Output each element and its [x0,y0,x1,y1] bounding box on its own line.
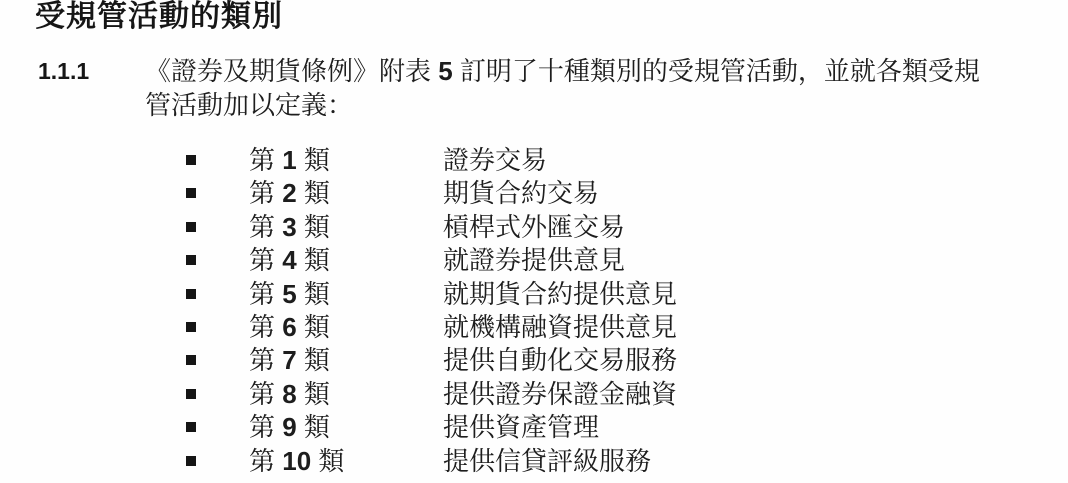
bullet-square-icon [186,389,196,399]
bullet-square-icon [186,222,196,232]
type-label: 第 6 類 [249,311,330,344]
type-number: 7 [282,345,296,375]
document-page: 受規管活動的類別 1.1.1 《證券及期貨條例》附表 5 訂明了十種類別的受規管… [0,0,1068,483]
type-prefix: 第 [249,446,282,476]
regulated-activities-list: 第 1 類 證券交易 第 2 類 期貨合約交易 第 3 類 槓桿式外匯交易 第 … [0,144,1068,478]
type-label: 第 3 類 [249,211,330,244]
list-item: 第 5 類 就期貨合約提供意見 [0,278,1068,311]
type-prefix: 第 [249,345,282,375]
bullet-square-icon [186,355,196,365]
schedule-number: 5 [438,56,452,86]
list-item: 第 4 類 就證券提供意見 [0,244,1068,277]
activity-description: 就證券提供意見 [443,244,625,277]
activity-description: 證券交易 [443,144,547,177]
type-suffix: 類 [297,412,330,442]
list-item: 第 9 類 提供資產管理 [0,411,1068,444]
type-suffix: 類 [297,245,330,275]
type-suffix: 類 [297,145,330,175]
type-suffix: 類 [297,379,330,409]
type-number: 10 [282,446,311,476]
type-prefix: 第 [249,279,282,309]
type-number: 4 [282,245,296,275]
bullet-square-icon [186,155,196,165]
type-suffix: 類 [297,312,330,342]
type-suffix: 類 [311,446,344,476]
bullet-square-icon [186,289,196,299]
bullet-square-icon [186,322,196,332]
list-item: 第 2 類 期貨合約交易 [0,177,1068,210]
type-suffix: 類 [297,345,330,375]
paragraph-line2: 管活動加以定義： [145,88,1005,122]
type-label: 第 7 類 [249,344,330,377]
type-number: 5 [282,279,296,309]
type-prefix: 第 [249,379,282,409]
type-label: 第 5 類 [249,278,330,311]
type-number: 3 [282,212,296,242]
type-suffix: 類 [297,212,330,242]
type-prefix: 第 [249,145,282,175]
activity-description: 期貨合約交易 [443,177,599,210]
activity-description: 就機構融資提供意見 [443,311,677,344]
type-prefix: 第 [249,245,282,275]
type-number: 8 [282,379,296,409]
bullet-square-icon [186,188,196,198]
type-number: 6 [282,312,296,342]
type-number: 1 [282,145,296,175]
activity-description: 提供自動化交易服務 [443,344,677,377]
type-number: 2 [282,178,296,208]
activity-description: 就期貨合約提供意見 [443,278,677,311]
list-item: 第 10 類 提供信貸評級服務 [0,445,1068,478]
list-item: 第 3 類 槓桿式外匯交易 [0,211,1068,244]
paragraph-number: 1.1.1 [38,58,89,85]
activity-description: 提供信貸評級服務 [443,445,651,478]
activity-description: 提供證券保證金融資 [443,378,677,411]
list-item: 第 6 類 就機構融資提供意見 [0,311,1068,344]
bullet-square-icon [186,456,196,466]
type-label: 第 8 類 [249,378,330,411]
section-title: 受規管活動的類別 [35,0,283,35]
type-prefix: 第 [249,312,282,342]
type-label: 第 1 類 [249,144,330,177]
paragraph-line1-pre: 《證券及期貨條例》附表 [145,56,438,86]
activity-description: 提供資產管理 [443,411,599,444]
type-label: 第 10 類 [249,445,344,478]
list-item: 第 8 類 提供證券保證金融資 [0,378,1068,411]
type-label: 第 4 類 [249,244,330,277]
activity-description: 槓桿式外匯交易 [443,211,625,244]
paragraph-line1-post: 訂明了十種類別的受規管活動，並就各類受規 [453,56,980,86]
paragraph-text: 《證券及期貨條例》附表 5 訂明了十種類別的受規管活動，並就各類受規 管活動加以… [145,54,1005,122]
list-item: 第 7 類 提供自動化交易服務 [0,344,1068,377]
type-label: 第 9 類 [249,411,330,444]
type-label: 第 2 類 [249,177,330,210]
bullet-square-icon [186,422,196,432]
list-item: 第 1 類 證券交易 [0,144,1068,177]
type-prefix: 第 [249,212,282,242]
type-prefix: 第 [249,412,282,442]
bullet-square-icon [186,255,196,265]
type-suffix: 類 [297,178,330,208]
type-suffix: 類 [297,279,330,309]
type-number: 9 [282,412,296,442]
type-prefix: 第 [249,178,282,208]
